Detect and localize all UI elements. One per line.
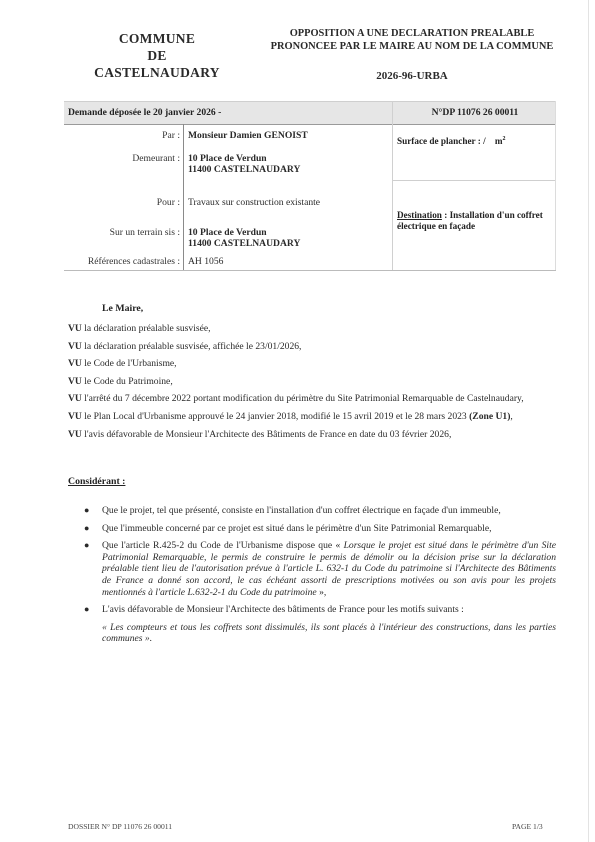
considerant-item: ● Que le projet, tel que présenté, consi… bbox=[68, 505, 556, 517]
destination: Destination : Installation d'un coffret … bbox=[397, 210, 552, 232]
item-text: Que le projet, tel que présenté, consist… bbox=[102, 505, 501, 516]
value-line: 11400 CASTELNAUDARY bbox=[188, 238, 388, 249]
considerant-list: ● Que le projet, tel que présenté, consi… bbox=[68, 505, 556, 651]
table-header-band: Demande déposée le 20 janvier 2026 - N°D… bbox=[64, 101, 556, 125]
vu-text: le Code de l'Urbanisme, bbox=[82, 358, 177, 369]
bullet-icon: ● bbox=[84, 604, 89, 616]
row-divider bbox=[393, 180, 555, 181]
label-pour: Pour : bbox=[64, 197, 180, 208]
value-cadastre: AH 1056 bbox=[188, 256, 388, 267]
value-line: 10 Place de Verdun bbox=[188, 153, 388, 164]
commune-heading: COMMUNE DE CASTELNAUDARY bbox=[72, 30, 242, 81]
bullet-icon: ● bbox=[84, 540, 89, 552]
request-info-table: Demande déposée le 20 janvier 2026 - N°D… bbox=[64, 101, 556, 271]
vu-item: VU l'arrêté du 7 décembre 2022 portant m… bbox=[68, 393, 556, 405]
table-bottom-border bbox=[64, 270, 556, 271]
vu-text: la déclaration préalable susvisée, bbox=[82, 323, 211, 334]
value-terrain: 10 Place de Verdun 11400 CASTELNAUDARY bbox=[188, 227, 388, 249]
vu-prefix: VU bbox=[68, 411, 82, 422]
considerant-item: ● Que l'immeuble concerné par ce projet … bbox=[68, 523, 556, 535]
vu-list: VU la déclaration préalable susvisée, VU… bbox=[68, 323, 556, 446]
considerant-item: ● Que l'article R.425-2 du Code de l'Urb… bbox=[68, 540, 556, 598]
vu-text: le Plan Local d'Urbanisme approuvé le 24… bbox=[82, 411, 469, 422]
page-edge bbox=[588, 0, 589, 842]
zone-label: (Zone U1) bbox=[469, 411, 510, 422]
column-divider bbox=[392, 101, 393, 271]
vu-text: le Code du Patrimoine, bbox=[82, 376, 173, 387]
vu-prefix: VU bbox=[68, 358, 82, 369]
value-line: 10 Place de Verdun bbox=[188, 227, 388, 238]
label-demeurant: Demeurant : bbox=[64, 153, 180, 164]
vu-item: VU la déclaration préalable susvisée, af… bbox=[68, 341, 556, 353]
item-text: Que l'immeuble concerné par ce projet es… bbox=[102, 523, 491, 534]
surface-label: Surface de plancher : bbox=[397, 136, 481, 146]
value-line: 11400 CASTELNAUDARY bbox=[188, 164, 388, 175]
vu-prefix: VU bbox=[68, 323, 82, 334]
value-line: Monsieur Damien GENOIST bbox=[188, 130, 388, 141]
le-maire-heading: Le Maire, bbox=[102, 303, 143, 314]
dp-number: N°DP 11076 26 00011 bbox=[394, 107, 556, 118]
bullet-icon: ● bbox=[84, 505, 89, 517]
column-divider bbox=[183, 124, 184, 270]
document-title: OPPOSITION A UNE DECLARATION PREALABLE P… bbox=[246, 28, 578, 53]
vu-item: VU le Code de l'Urbanisme, bbox=[68, 358, 556, 370]
deposit-date: Demande déposée le 20 janvier 2026 - bbox=[68, 107, 221, 118]
value-address: 10 Place de Verdun 11400 CASTELNAUDARY bbox=[188, 153, 388, 175]
commune-line: COMMUNE bbox=[72, 30, 242, 47]
considerant-item: ● L'avis défavorable de Monsieur l'Archi… bbox=[68, 604, 556, 645]
vu-prefix: VU bbox=[68, 393, 82, 404]
value-line: Travaux sur construction existante bbox=[188, 197, 388, 208]
vu-text: l'arrêté du 7 décembre 2022 portant modi… bbox=[82, 393, 524, 404]
bullet-icon: ● bbox=[84, 523, 89, 535]
footer-dossier: DOSSIER N° DP 11076 26 00011 bbox=[68, 822, 172, 831]
label-par: Par : bbox=[64, 130, 180, 141]
vu-text: la déclaration préalable susvisée, affic… bbox=[82, 341, 302, 352]
surface-value: / bbox=[483, 136, 486, 146]
item-text: Que l'article R.425-2 du Code de l'Urban… bbox=[102, 540, 344, 551]
vu-text: l'avis défavorable de Monsieur l'Archite… bbox=[82, 429, 452, 440]
item-suffix: », bbox=[317, 587, 327, 598]
label-terrain: Sur un terrain sis : bbox=[64, 227, 180, 238]
commune-line: CASTELNAUDARY bbox=[72, 64, 242, 81]
destination-label: Destination bbox=[397, 210, 442, 220]
surface-plancher: Surface de plancher : / m2 bbox=[397, 136, 506, 146]
item-quote: « Les compteurs et tous les coffrets son… bbox=[102, 622, 556, 645]
commune-line: DE bbox=[72, 47, 242, 64]
item-text: L'avis défavorable de Monsieur l'Archite… bbox=[102, 604, 464, 615]
title-line: OPPOSITION A UNE DECLARATION PREALABLE bbox=[246, 28, 578, 41]
value-purpose: Travaux sur construction existante bbox=[188, 197, 388, 208]
document-reference: 2026-96-URBA bbox=[246, 70, 578, 82]
vu-item: VU la déclaration préalable susvisée, bbox=[68, 323, 556, 335]
vu-item: VU l'avis défavorable de Monsieur l'Arch… bbox=[68, 429, 556, 441]
value-applicant: Monsieur Damien GENOIST bbox=[188, 130, 388, 141]
zone-suffix: , bbox=[510, 411, 512, 422]
vu-item: VU le Plan Local d'Urbanisme approuvé le… bbox=[68, 411, 556, 423]
vu-prefix: VU bbox=[68, 429, 82, 440]
vu-prefix: VU bbox=[68, 376, 82, 387]
surface-unit: m bbox=[495, 136, 503, 146]
column-divider bbox=[555, 101, 556, 271]
considerant-heading: Considérant : bbox=[68, 476, 125, 487]
value-line: AH 1056 bbox=[188, 256, 388, 267]
vu-item: VU le Code du Patrimoine, bbox=[68, 376, 556, 388]
label-cadastre: Références cadastrales : bbox=[64, 256, 180, 267]
vu-prefix: VU bbox=[68, 341, 82, 352]
footer-page: PAGE 1/3 bbox=[512, 822, 543, 831]
title-line: PRONONCEE PAR LE MAIRE AU NOM DE LA COMM… bbox=[246, 41, 578, 54]
